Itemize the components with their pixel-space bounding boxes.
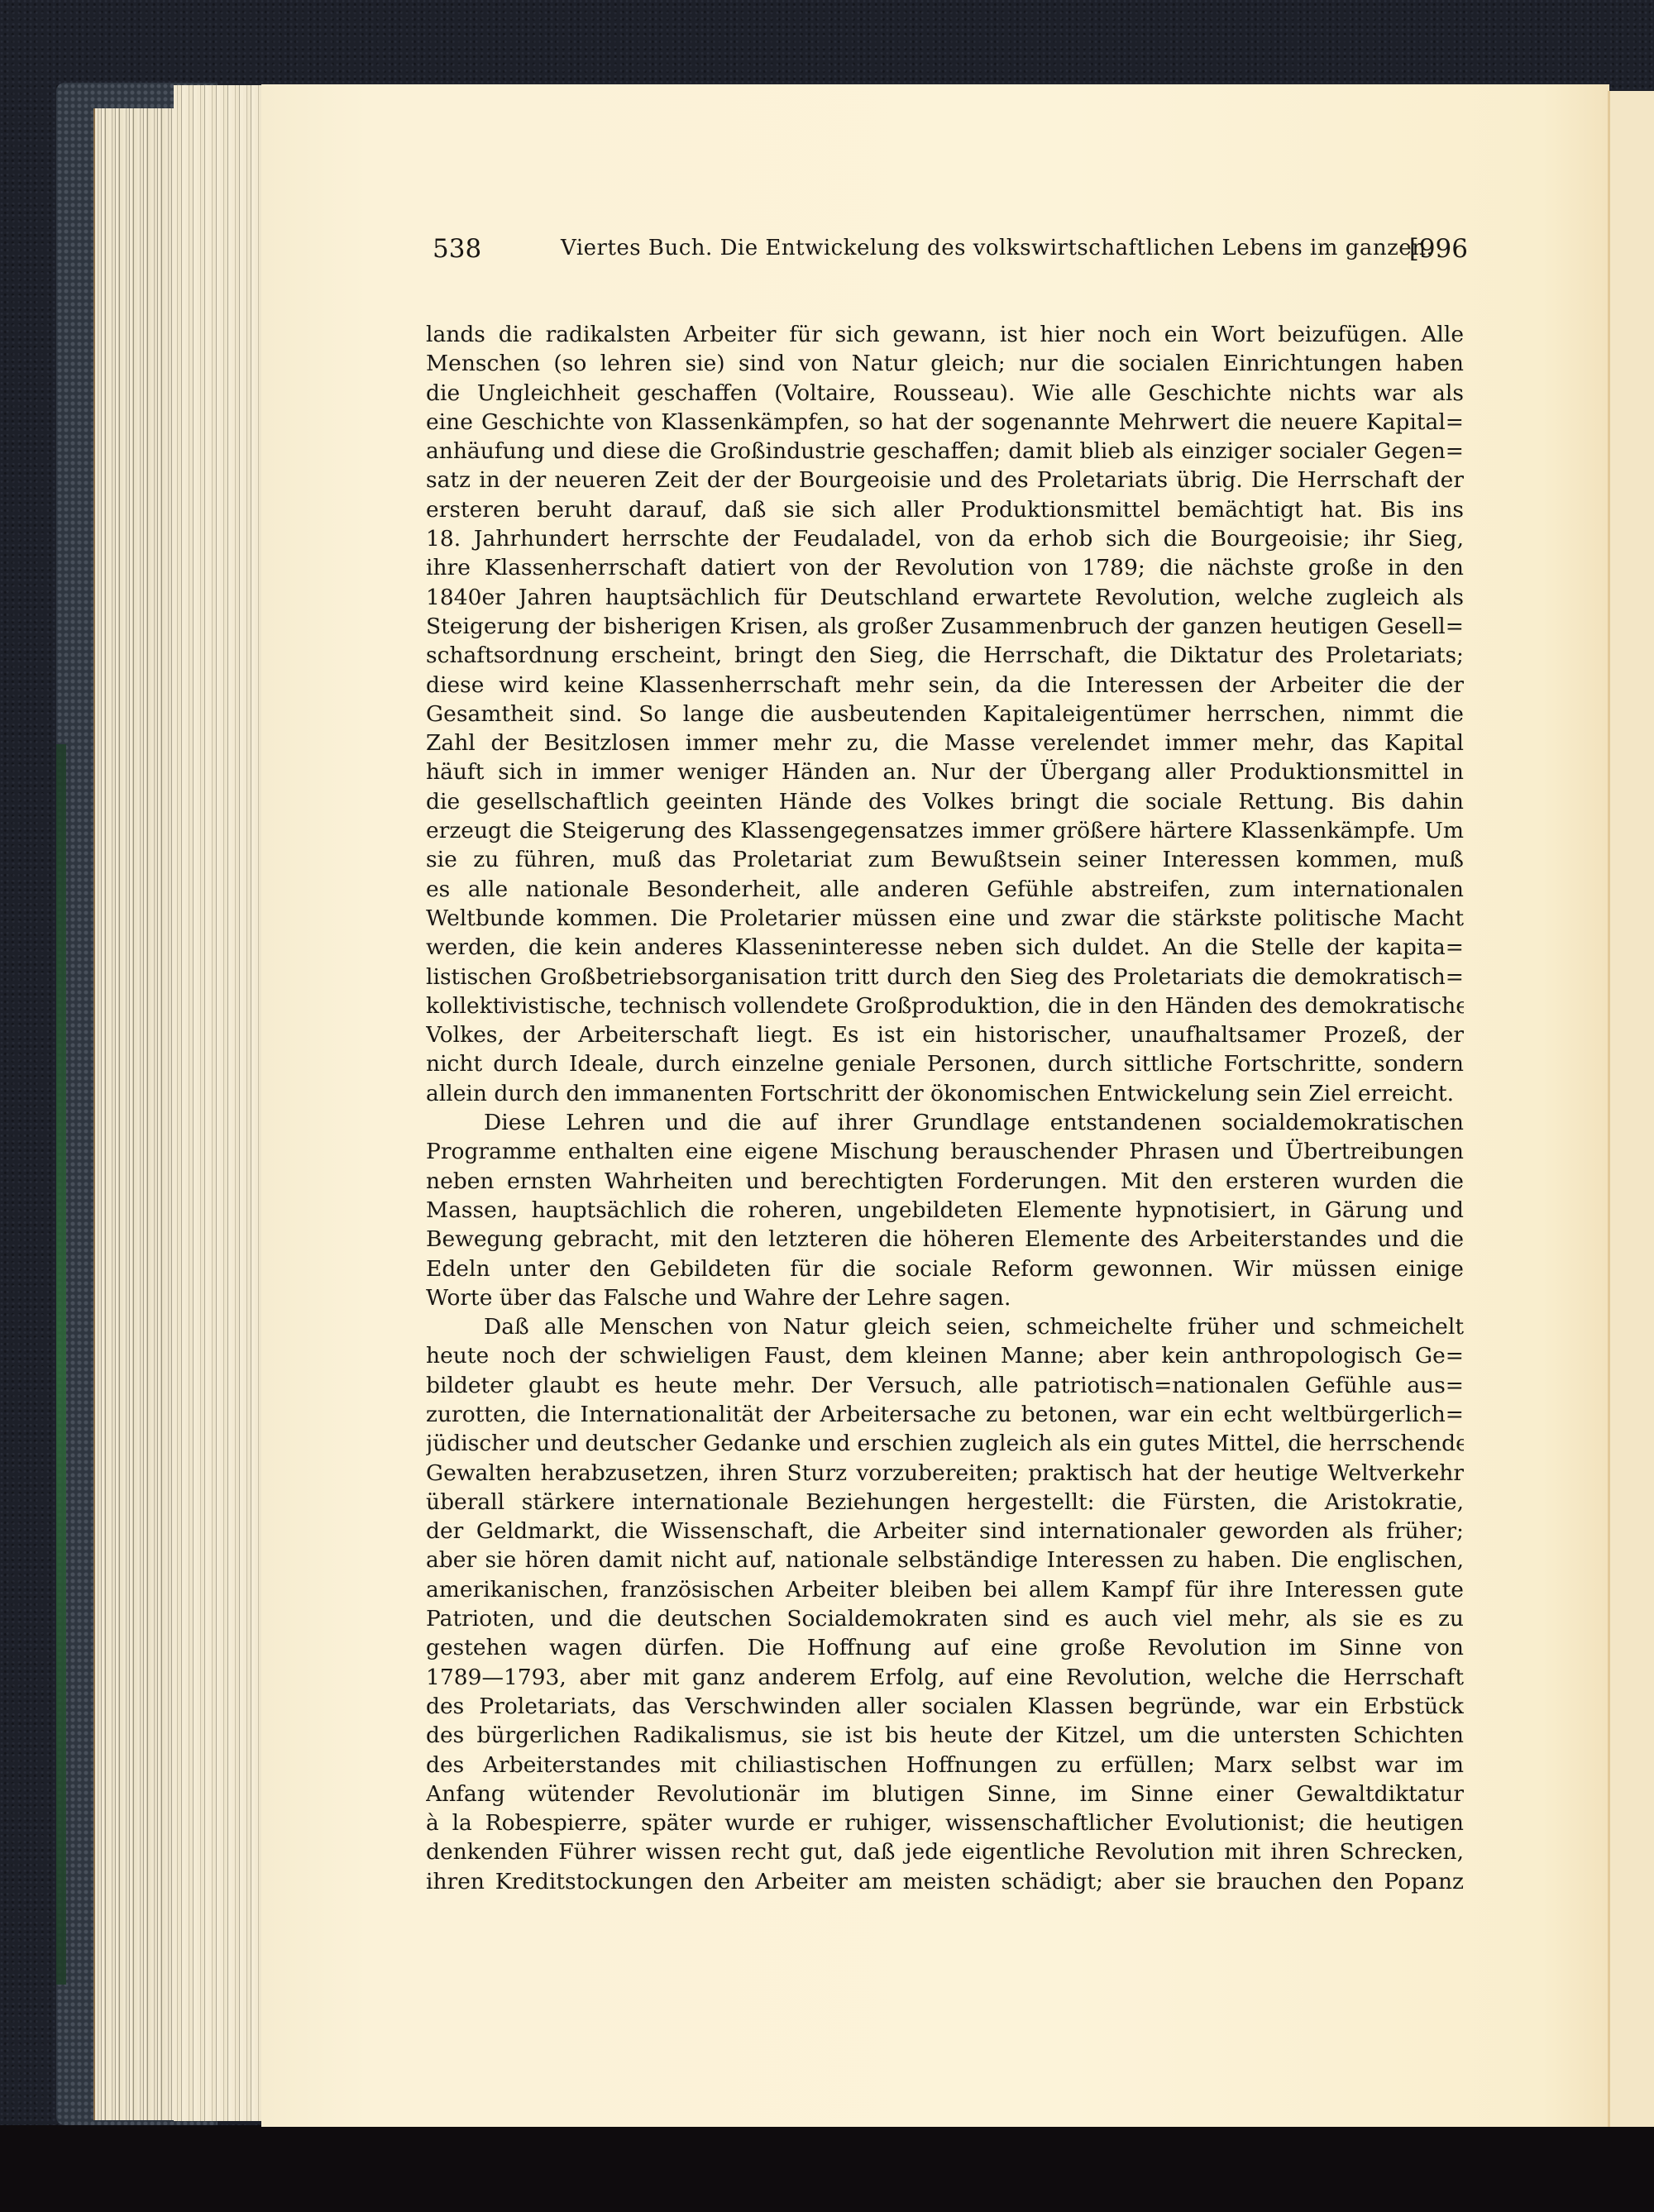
text-line: schaftsordnung erscheint, bringt den Sie… — [426, 641, 1464, 670]
text-line: satz in der neueren Zeit der der Bourgeo… — [426, 466, 1464, 494]
text-line: es alle nationale Besonderheit, alle and… — [426, 875, 1464, 904]
text-line: ersteren beruht darauf, daß sie sich all… — [426, 495, 1464, 524]
dark-backdrop-bottom — [0, 2125, 1654, 2212]
text-line: 1840er Jahren hauptsächlich für Deutschl… — [426, 583, 1464, 612]
text-line: Gesamtheit sind. So lange die ausbeutend… — [426, 700, 1464, 729]
text-line: zurotten, die Internationalität der Arbe… — [426, 1400, 1464, 1429]
text-line: sie zu führen, muß das Proletariat zum B… — [426, 845, 1464, 874]
text-line: Anfang wütender Revolutionär im blutigen… — [426, 1780, 1464, 1808]
text-line: denkenden Führer wissen recht gut, daß j… — [426, 1837, 1464, 1866]
text-line: die Ungleichheit geschaffen (Voltaire, R… — [426, 379, 1464, 408]
text-line: ihren Kreditstockungen den Arbeiter am m… — [426, 1867, 1464, 1896]
text-line: gestehen wagen dürfen. Die Hoffnung auf … — [426, 1633, 1464, 1662]
text-line: ihre Klassenherrschaft datiert von der R… — [426, 553, 1464, 582]
text-line: Bewegung gebracht, mit den letzteren die… — [426, 1225, 1464, 1254]
text-line: Massen, hauptsächlich die roheren, ungeb… — [426, 1196, 1464, 1225]
text-line: 1789—1793, aber mit ganz anderem Erfolg,… — [426, 1663, 1464, 1692]
text-line: häuft sich in immer weniger Händen an. N… — [426, 757, 1464, 786]
text-line: Programme enthalten eine eigene Mischung… — [426, 1137, 1464, 1166]
text-line: des Proletariats, das Verschwinden aller… — [426, 1692, 1464, 1721]
text-line: überall stärkere internationale Beziehun… — [426, 1488, 1464, 1517]
text-line: kollektivistische, technisch vollendete … — [426, 991, 1464, 1020]
original-page-reference: [996 — [1409, 234, 1468, 264]
text-line: die gesellschaftlich geeinten Hände des … — [426, 787, 1464, 816]
text-line: à la Robespierre, später wurde er ruhige… — [426, 1808, 1464, 1837]
page-number: 538 — [433, 234, 481, 264]
text-line: heute noch der schwieligen Faust, dem kl… — [426, 1341, 1464, 1370]
paragraph-end-line: allein durch den immanenten Fortschritt … — [426, 1079, 1464, 1108]
page-stack-edges-front — [174, 85, 261, 2121]
text-line: Patrioten, und die deutschen Socialdemok… — [426, 1604, 1464, 1633]
paragraph-end-line: Worte über das Falsche und Wahre der Leh… — [426, 1283, 1464, 1312]
text-line: Zahl der Besitzlosen immer mehr zu, die … — [426, 729, 1464, 757]
text-line: Menschen (so lehren sie) sind von Natur … — [426, 349, 1464, 378]
text-line: des bürgerlichen Radikalismus, sie ist b… — [426, 1721, 1464, 1750]
text-line: jüdischer und deutscher Gedanke und ersc… — [426, 1429, 1464, 1458]
page-gutter-next-page — [1608, 91, 1654, 2127]
text-line: listischen Großbetriebsorganisation trit… — [426, 963, 1464, 991]
text-line: der Geldmarkt, die Wissenschaft, die Arb… — [426, 1517, 1464, 1546]
paragraph-start-line: Daß alle Menschen von Natur gleich seien… — [426, 1312, 1464, 1341]
text-line: bildeter glaubt es heute mehr. Der Versu… — [426, 1371, 1464, 1400]
text-line: lands die radikalsten Arbeiter für sich … — [426, 320, 1464, 349]
text-line: eine Geschichte von Klassenkämpfen, so h… — [426, 408, 1464, 437]
text-line: des Arbeiterstandes mit chiliastischen H… — [426, 1751, 1464, 1780]
text-line: neben ernsten Wahrheiten und berechtigte… — [426, 1167, 1464, 1196]
text-line: nicht durch Ideale, durch einzelne genia… — [426, 1049, 1464, 1078]
text-line: anhäufung und diese die Großindustrie ge… — [426, 437, 1464, 466]
text-line: Weltbunde kommen. Die Proletarier müssen… — [426, 904, 1464, 933]
running-header: 538 Viertes Buch. Die Entwickelung des v… — [433, 234, 1466, 270]
text-line: diese wird keine Klassenherrschaft mehr … — [426, 671, 1464, 700]
text-line: amerikanischen, französischen Arbeiter b… — [426, 1575, 1464, 1604]
text-line: Steigerung der bisherigen Krisen, als gr… — [426, 612, 1464, 641]
text-line: Gewalten herabzusetzen, ihren Sturz vorz… — [426, 1459, 1464, 1488]
running-title: Viertes Buch. Die Entwickelung des volks… — [561, 236, 1433, 260]
text-line: Edeln unter den Gebildeten für die socia… — [426, 1254, 1464, 1283]
book-cover-green-strip — [56, 744, 66, 1985]
text-line: Volkes, der Arbeiterschaft liegt. Es ist… — [426, 1020, 1464, 1049]
body-text: lands die radikalsten Arbeiter für sich … — [426, 320, 1464, 1896]
paragraph-start-line: Diese Lehren und die auf ihrer Grundlage… — [426, 1108, 1464, 1137]
text-line: werden, die kein anderes Klasseninteress… — [426, 933, 1464, 962]
text-line: 18. Jahrhundert herrschte der Feudaladel… — [426, 524, 1464, 553]
text-line: erzeugt die Steigerung des Klassengegens… — [426, 816, 1464, 845]
text-line: aber sie hören damit nicht auf, national… — [426, 1546, 1464, 1574]
